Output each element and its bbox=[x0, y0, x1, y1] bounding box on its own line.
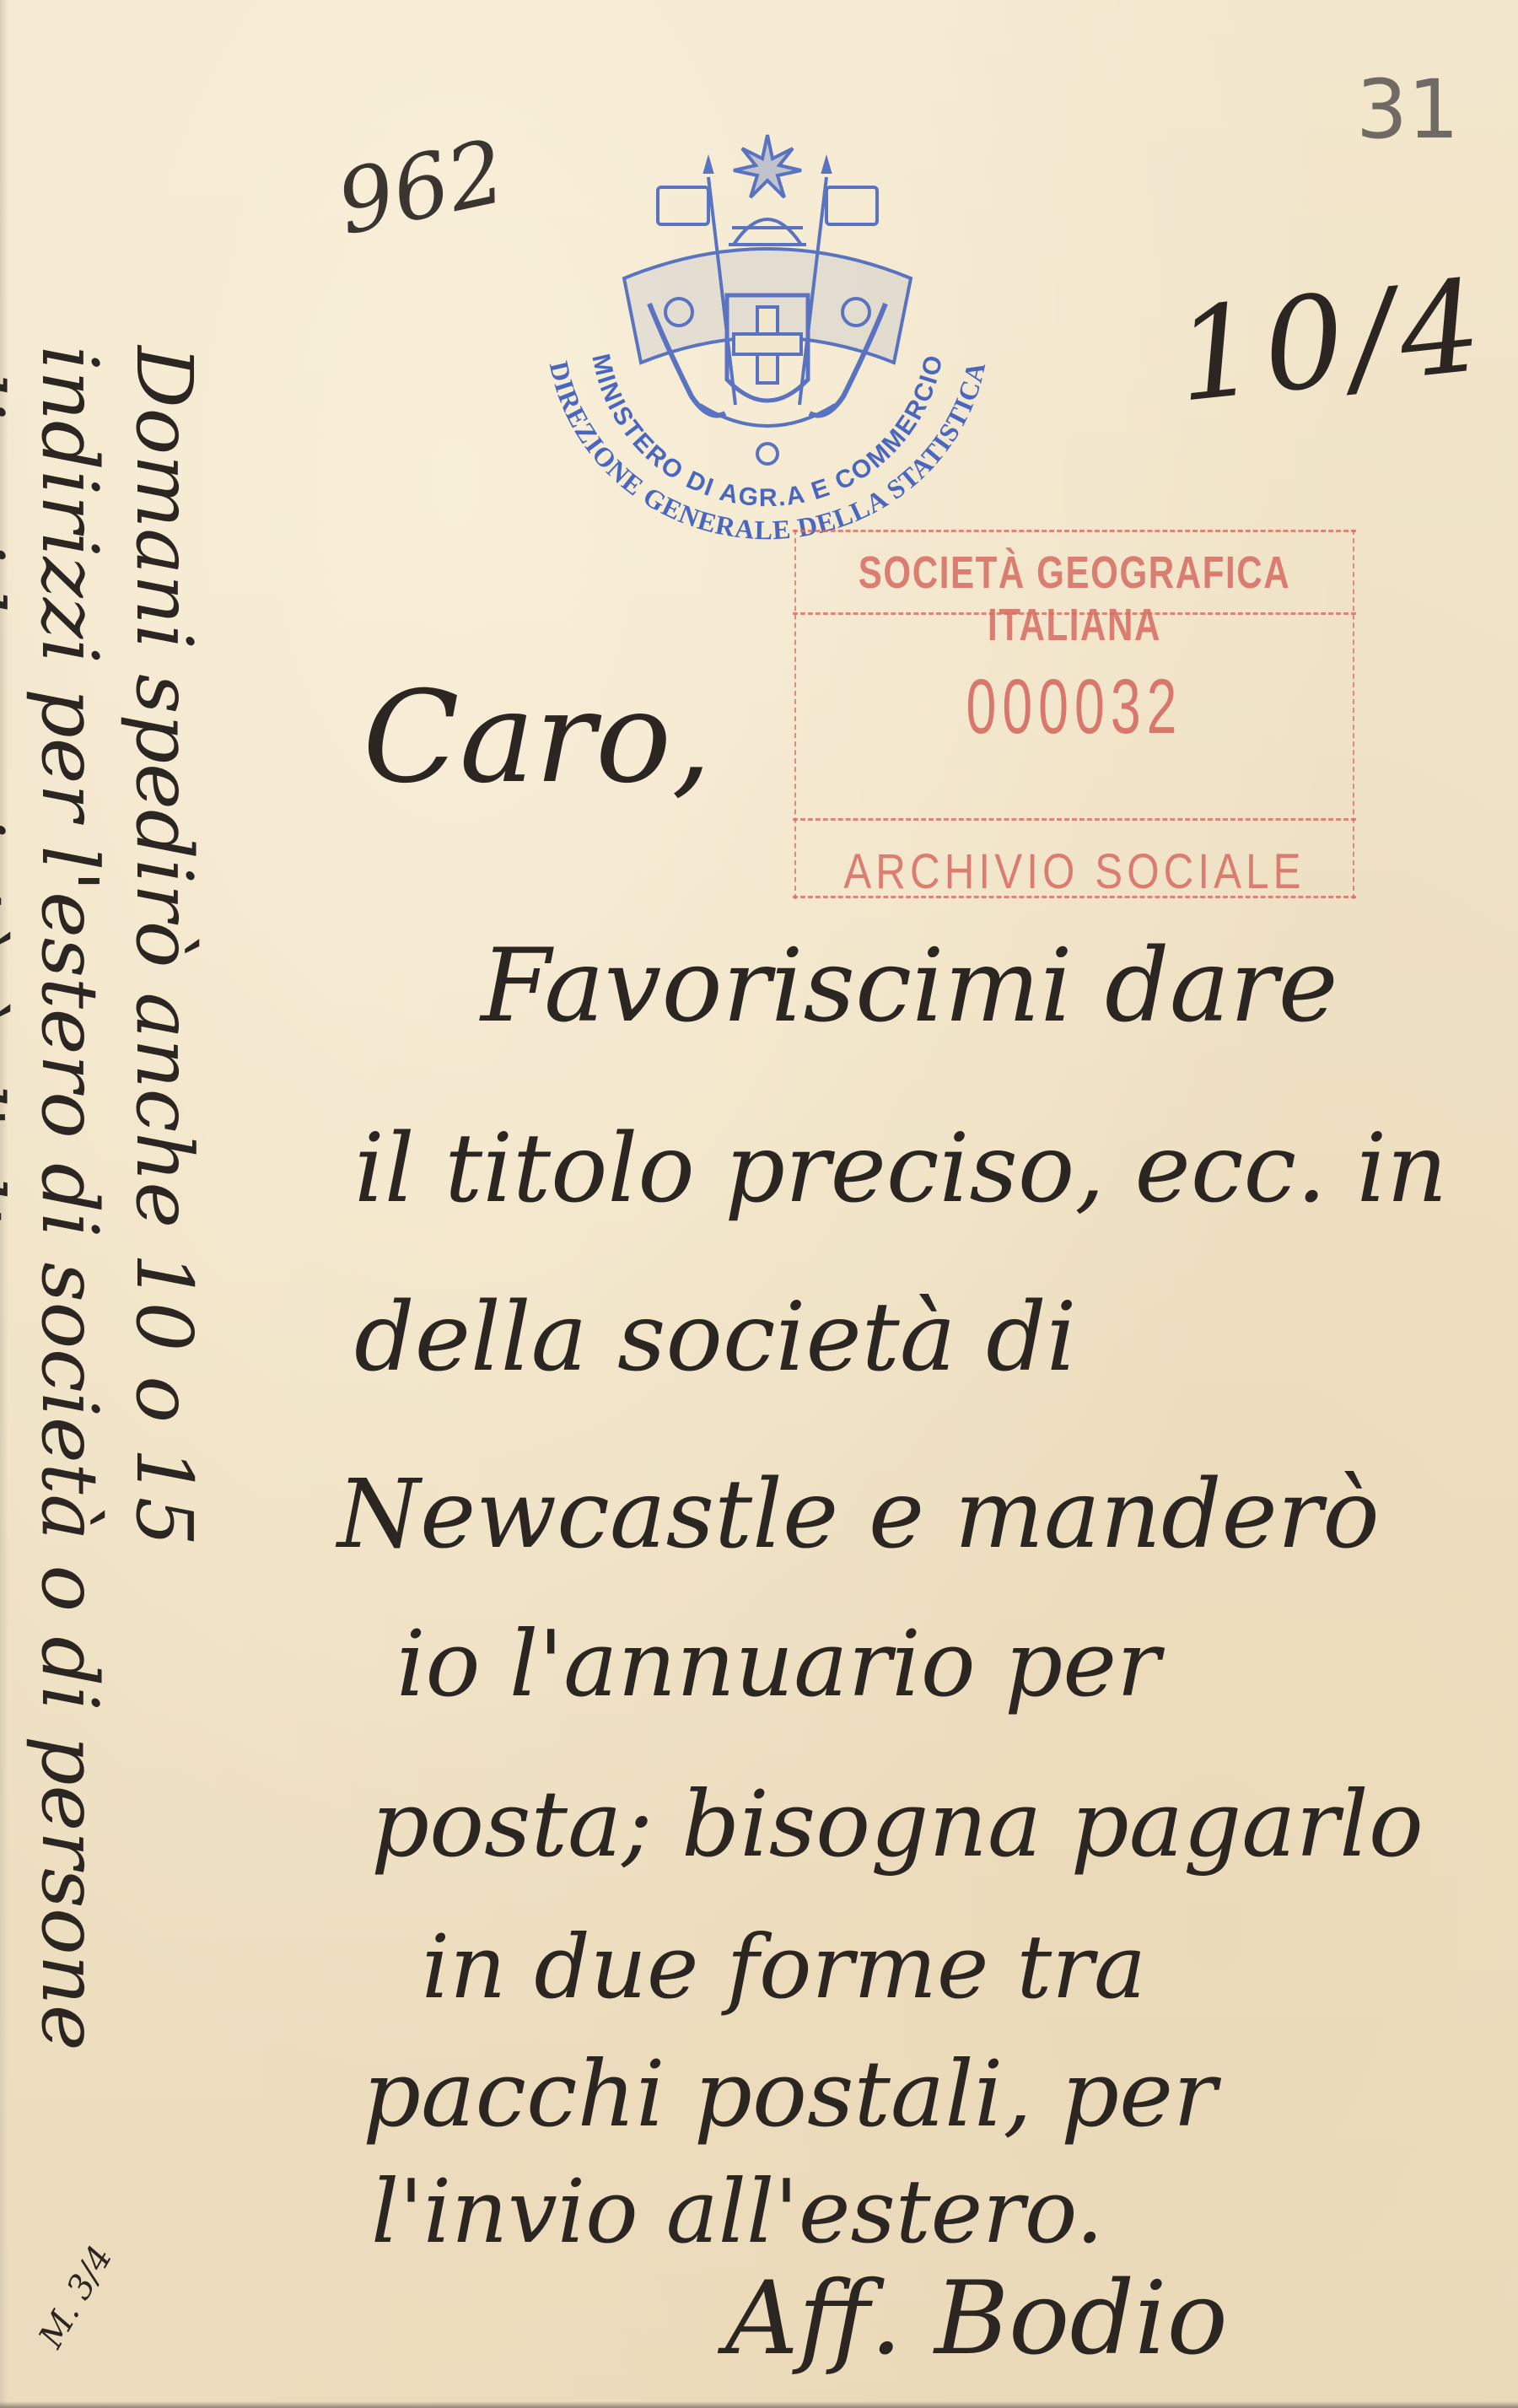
body-line-5: io l'annuario per bbox=[396, 1619, 1160, 1710]
letter-salutation: Caro, bbox=[363, 675, 712, 801]
margin-note-line-1: Domani spedirò anche 10 o 15 bbox=[108, 346, 202, 2050]
stamp-rule-top bbox=[793, 530, 1356, 532]
date-text: 10/4 bbox=[1171, 262, 1494, 421]
stamp-archive-number: 000032 bbox=[880, 663, 1269, 751]
ministry-letterhead-seal: MINISTERO DI AGR.A E COMMERCIO DIREZIONE… bbox=[540, 127, 995, 557]
body-line-2: il titolo preciso, ecc. in bbox=[354, 1122, 1447, 1216]
margin-note-line-2: indirizzi per l'estero di società o di p… bbox=[13, 346, 108, 2050]
body-line-8: pacchi postali, per bbox=[363, 2050, 1217, 2141]
archive-stamp: SOCIETÀ GEOGRAFICA ITALIANA 000032 ARCHI… bbox=[794, 530, 1354, 899]
stamp-rule-lower bbox=[793, 818, 1356, 821]
body-line-4: Newcastle e manderò bbox=[337, 1468, 1380, 1562]
stamp-society-name: SOCIETÀ GEOGRAFICA ITALIANA bbox=[858, 547, 1292, 651]
body-line-9: l'invio all'estero. bbox=[371, 2168, 1104, 2255]
body-line-3: della società di bbox=[354, 1290, 1077, 1385]
archive-pencil-number: 31 bbox=[1356, 69, 1459, 150]
coat-of-arms-icon: MINISTERO DI AGR.A E COMMERCIO DIREZIONE… bbox=[540, 127, 995, 557]
margin-note: Domani spedirò anche 10 o 15 indirizzi p… bbox=[0, 346, 202, 2050]
body-line-1: Favoriscimi dare bbox=[481, 936, 1338, 1037]
margin-note-line-3: di cui la società è d'oltreoceano bbox=[0, 346, 13, 2050]
stamp-archive-label: ARCHIVIO SOCIALE bbox=[838, 843, 1311, 900]
body-line-7: in due forme tra bbox=[422, 1923, 1146, 2011]
stamp-rule-bottom bbox=[793, 896, 1356, 898]
stamp-rule-upper bbox=[793, 612, 1356, 615]
paper-bottom-edge bbox=[0, 2401, 1518, 2408]
body-line-6: posta; bisogna pagarlo bbox=[371, 1780, 1424, 1871]
letter-date: 10/4 bbox=[1176, 278, 1488, 405]
letter-signature: Aff. Bodio bbox=[725, 2269, 1228, 2370]
